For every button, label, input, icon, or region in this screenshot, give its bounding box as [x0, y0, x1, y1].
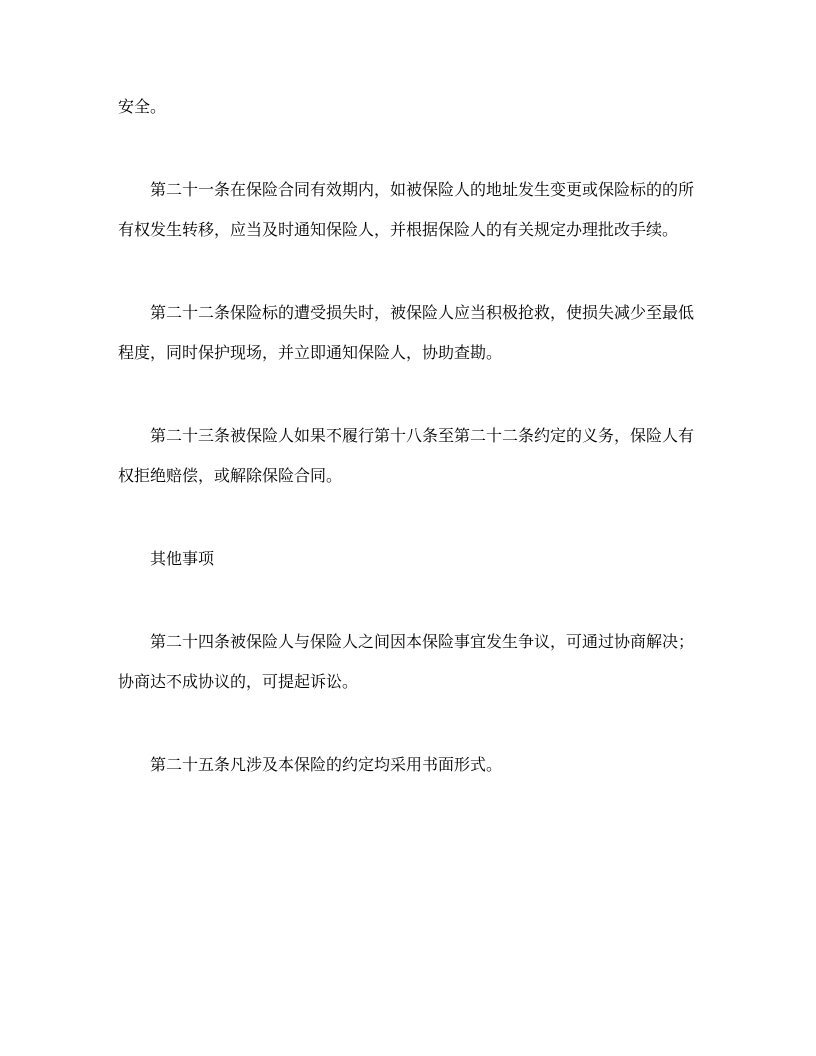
paragraph-carryover: 安全。	[118, 88, 694, 128]
paragraph-article-25: 第二十五条凡涉及本保险的约定均采用书面形式。	[118, 746, 694, 786]
paragraph-article-22: 第二十二条保险标的遭受损失时，被保险人应当积极抢救，使损失减少至最低程度，同时保…	[118, 294, 694, 374]
section-heading-other-matters: 其他事项	[118, 540, 694, 580]
paragraph-article-21: 第二十一条在保险合同有效期内，如被保险人的地址发生变更或保险标的的所有权发生转移…	[118, 171, 694, 251]
document-page: 安全。 第二十一条在保险合同有效期内，如被保险人的地址发生变更或保险标的的所有权…	[0, 0, 816, 1056]
paragraph-article-23: 第二十三条被保险人如果不履行第十八条至第二十二条约定的义务，保险人有权拒绝赔偿，…	[118, 417, 694, 497]
paragraph-article-24: 第二十四条被保险人与保险人之间因本保险事宜发生争议，可通过协商解决；协商达不成协…	[118, 623, 694, 703]
